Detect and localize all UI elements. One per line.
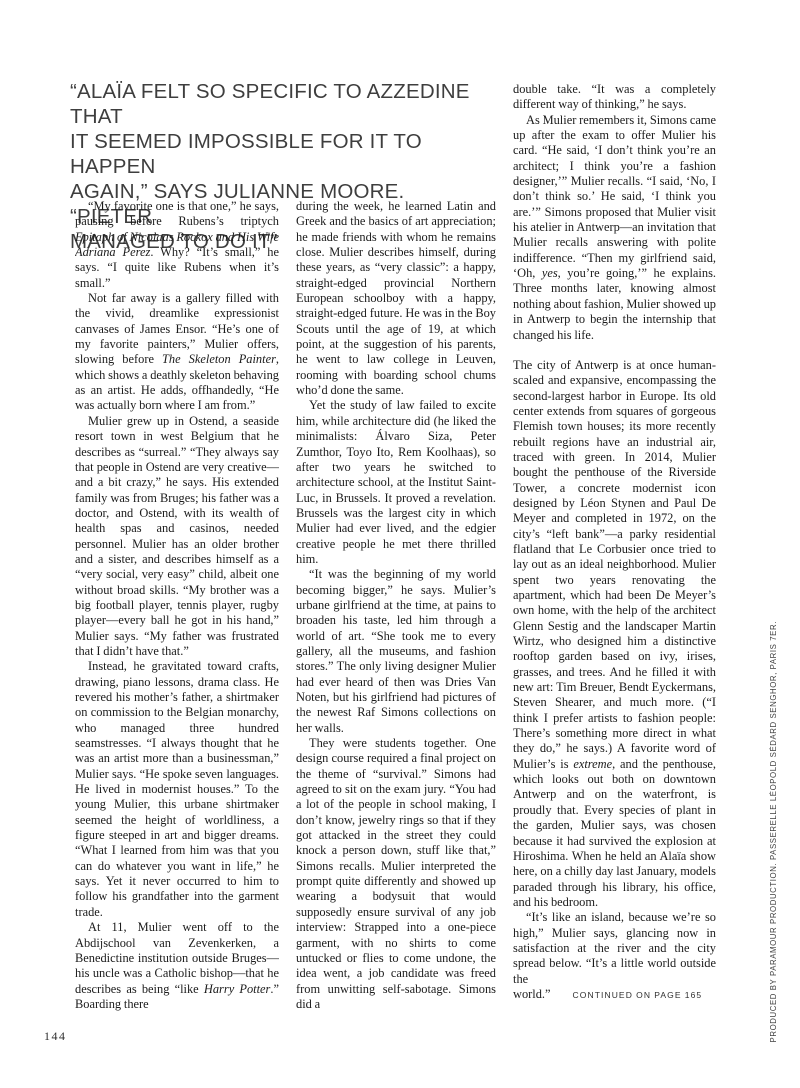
continued-on-page-label: CONTINUED ON PAGE 165: [551, 990, 703, 1000]
body-text: Mulier grew up in Ostend, a seaside reso…: [75, 414, 279, 658]
body-text: They were students together. One design …: [296, 736, 496, 1011]
page-number: 144: [44, 1029, 67, 1044]
body-text: The city of Antwerp is at once human-sca…: [513, 358, 716, 771]
production-credit: PRODUCED BY PARAMOUR PRODUCTION. PASSERE…: [769, 621, 778, 1042]
body-text: “My favorite one is that one,” he says, …: [75, 199, 279, 228]
body-text: “It’s like an island, because we’re so h…: [513, 910, 716, 1001]
italic-text: yes: [542, 266, 558, 280]
article-column-3: double take. “It was a completely differ…: [513, 82, 716, 1019]
body-text: double take. “It was a completely differ…: [513, 82, 716, 111]
paragraph: Instead, he gravitated toward crafts, dr…: [75, 659, 279, 920]
body-text: during the week, he learned Latin and Gr…: [296, 199, 496, 397]
paragraph: The city of Antwerp is at once human-sca…: [513, 358, 716, 910]
body-text: , and the penthouse, which looks out bot…: [513, 757, 716, 909]
paragraph: Not far away is a gallery filled with th…: [75, 291, 279, 414]
magazine-page: “ALAÏA FELT SO SPECIFIC TO AZZEDINE THAT…: [0, 0, 800, 1088]
body-text: As Mulier remembers it, Simons came up a…: [513, 113, 716, 280]
paragraph: “It’s like an island, because we’re so h…: [513, 910, 716, 1003]
italic-text: Harry Potter: [204, 982, 270, 996]
paragraph: At 11, Mulier went off to the Abdijschoo…: [75, 920, 279, 1012]
paragraph: “My favorite one is that one,” he says, …: [75, 199, 279, 291]
article-column-2: during the week, he learned Latin and Gr…: [296, 199, 496, 1019]
paragraph: They were students together. One design …: [296, 736, 496, 1012]
article-column-1: “My favorite one is that one,” he says, …: [75, 199, 279, 1019]
paragraph: “It was the beginning of my world becomi…: [296, 567, 496, 736]
paragraph: Yet the study of law failed to excite hi…: [296, 398, 496, 567]
italic-text: extreme: [573, 757, 612, 771]
italic-text: The Skeleton Painter: [162, 352, 276, 366]
body-text: “It was the beginning of my world becomi…: [296, 567, 496, 734]
body-text: Yet the study of law failed to excite hi…: [296, 398, 496, 565]
paragraph: during the week, he learned Latin and Gr…: [296, 199, 496, 398]
paragraph: Mulier grew up in Ostend, a seaside reso…: [75, 414, 279, 660]
paragraph: As Mulier remembers it, Simons came up a…: [513, 113, 716, 343]
paragraph: double take. “It was a completely differ…: [513, 82, 716, 113]
body-text: Instead, he gravitated toward crafts, dr…: [75, 659, 279, 919]
